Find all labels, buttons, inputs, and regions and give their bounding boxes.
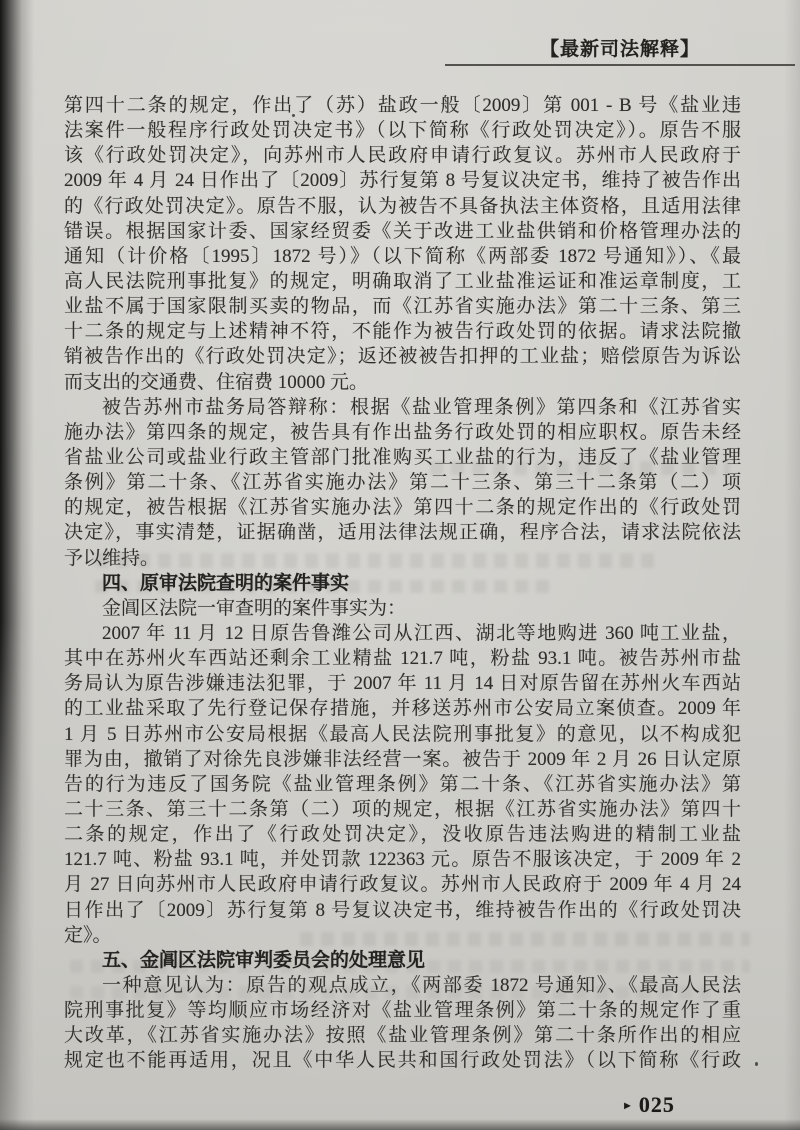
case-text: 第四十二条的规定，作出了（苏）盐政一般〔2009〕第 001 - B 号《盐业违… <box>64 93 741 1073</box>
text-line: 二条的规定，作出了《行政处罚决定》，没收原告违法购进的精制工业盐 <box>64 822 741 847</box>
text-line: 第四十二条的规定，作出了（苏）盐政一般〔2009〕第 001 - B 号《盐业违 <box>64 93 741 118</box>
text-line: 十二条的规定与上述精神不符，不能作为被告行政处罚的依据。请求法院撤 <box>64 319 741 344</box>
running-header: 【最新司法解释】 <box>445 34 795 66</box>
text-line: 罪为由，撤销了对徐先良涉嫌非法经营一案。被告于 2009 年 2 月 26 日认… <box>64 747 741 772</box>
section-heading: 四、原审法院查明的案件事实 <box>64 571 741 596</box>
text-line: 二十三条、第三十二条第（二）项的规定，根据《江苏省实施办法》第四十 <box>64 797 741 822</box>
text-line: 予以维持。 <box>64 546 741 571</box>
text-line: 省盐业公司或盐业行政主管部门批准购买工业盐的行为，违反了《盐业管理 <box>64 445 741 470</box>
section-label: 【最新司法解释】 <box>445 34 795 61</box>
text-line: 121.7 吨、粉盐 93.1 吨，并处罚款 122363 元。原告不服该决定，… <box>64 847 741 872</box>
text-line: 高人民法院刑事批复》的规定，明确取消了工业盐准运证和准运章制度，工 <box>64 269 741 294</box>
text-line: 定》。 <box>64 923 741 948</box>
text-line: 条例》第二十条、《江苏省实施办法》第二十三条、第三十二条第（二）项 <box>64 470 741 495</box>
scan-speck <box>755 1062 758 1066</box>
page-edge-shade <box>784 0 800 1130</box>
text-line: 院刑事批复》等均顺应市场经济对《盐业管理条例》第二十条的规定作了重 <box>64 998 741 1023</box>
text-line: 施办法》第四条的规定，被告具有作出盐务行政处罚的相应职权。原告未经 <box>64 420 741 445</box>
text-line: 1 月 5 日苏州市公安局根据《最高人民法院刑事批复》的意见，以不构成犯 <box>64 722 741 747</box>
section-heading: 五、金阊区法院审判委员会的处理意见 <box>64 948 741 973</box>
text-line: 错误。根据国家计委、国家经贸委《关于改进工业盐供销和价格管理办法的 <box>64 219 741 244</box>
binding-shadow <box>0 0 34 1130</box>
text-line: 法案件一般程序行政处罚决定书》（以下简称《行政处罚决定》）。原告不服 <box>64 118 741 143</box>
text-line: 2009 年 4 月 24 日作出了〔2009〕苏行复第 8 号复议决定书，维持… <box>64 168 741 193</box>
text-line: 金阊区法院一审查明的案件事实为： <box>64 596 741 621</box>
text-line: 一种意见认为：原告的观点成立，《两部委 1872 号通知》、《最高人民法 <box>64 973 741 998</box>
text-line: 决定》，事实清楚，证据确凿，适用法律法规正确，程序合法，请求法院依法 <box>64 520 741 545</box>
text-line: 告的行为违反了国务院《盐业管理条例》第二十条、《江苏省实施办法》第 <box>64 772 741 797</box>
text-line: 业盐不属于国家限制买卖的物品，而《江苏省实施办法》第二十三条、第三 <box>64 294 741 319</box>
text-line: 的规定，被告根据《江苏省实施办法》第四十二条的规定作出的《行政处罚 <box>64 495 741 520</box>
text-line: 2007 年 11 月 12 日原告鲁潍公司从江西、湖北等地购进 360 吨工业… <box>64 621 741 646</box>
text-line: 销被告作出的《行政处罚决定》；返还被被告扣押的工业盐；赔偿原告为诉讼 <box>64 344 741 369</box>
triangle-marker-icon: ► <box>622 1100 633 1112</box>
text-line: 通知（计价格〔1995〕1872 号）》（以下简称《两部委 1872 号通知》）… <box>64 244 741 269</box>
text-line: 的工业盐采取了先行登记保存措施，并移送苏州市公安局立案侦查。2009 年 <box>64 696 741 721</box>
page-bottom-shadow <box>0 1119 800 1130</box>
book-page: 【最新司法解释】 第四十二条的规定，作出了（苏）盐政一般〔2009〕第 001 … <box>0 0 800 1130</box>
page-number: ►025 <box>622 1092 675 1118</box>
text-line: 该《行政处罚决定》，向苏州市人民政府申请行政复议。苏州市人民政府于 <box>64 143 741 168</box>
text-line: 其中在苏州火车西站还剩余工业精盐 121.7 吨，粉盐 93.1 吨。被告苏州市… <box>64 646 741 671</box>
page-number-value: 025 <box>639 1092 675 1117</box>
text-line: 的《行政处罚决定》。原告不服，认为被告不具备执法主体资格，且适用法律 <box>64 194 741 219</box>
header-rule <box>445 64 795 66</box>
text-line: 务局认为原告涉嫌违法犯罪，于 2007 年 11 月 14 日对原告留在苏州火车… <box>64 671 741 696</box>
text-line: 规定也不能再适用，况且《中华人民共和国行政处罚法》（以下简称《行政 <box>64 1048 741 1073</box>
text-line: 大改革，《江苏省实施办法》按照《盐业管理条例》第二十条所作出的相应 <box>64 1023 741 1048</box>
text-line: 被告苏州市盐务局答辩称：根据《盐业管理条例》第四条和《江苏省实 <box>64 395 741 420</box>
text-line: 而支出的交通费、住宿费 10000 元。 <box>64 370 741 395</box>
text-line: 月 27 日向苏州市人民政府申请行政复议。苏州市人民政府于 2009 年 4 月… <box>64 872 741 897</box>
text-line: 日作出了〔2009〕苏行复第 8 号复议决定书，维持被告作出的《行政处罚决 <box>64 898 741 923</box>
